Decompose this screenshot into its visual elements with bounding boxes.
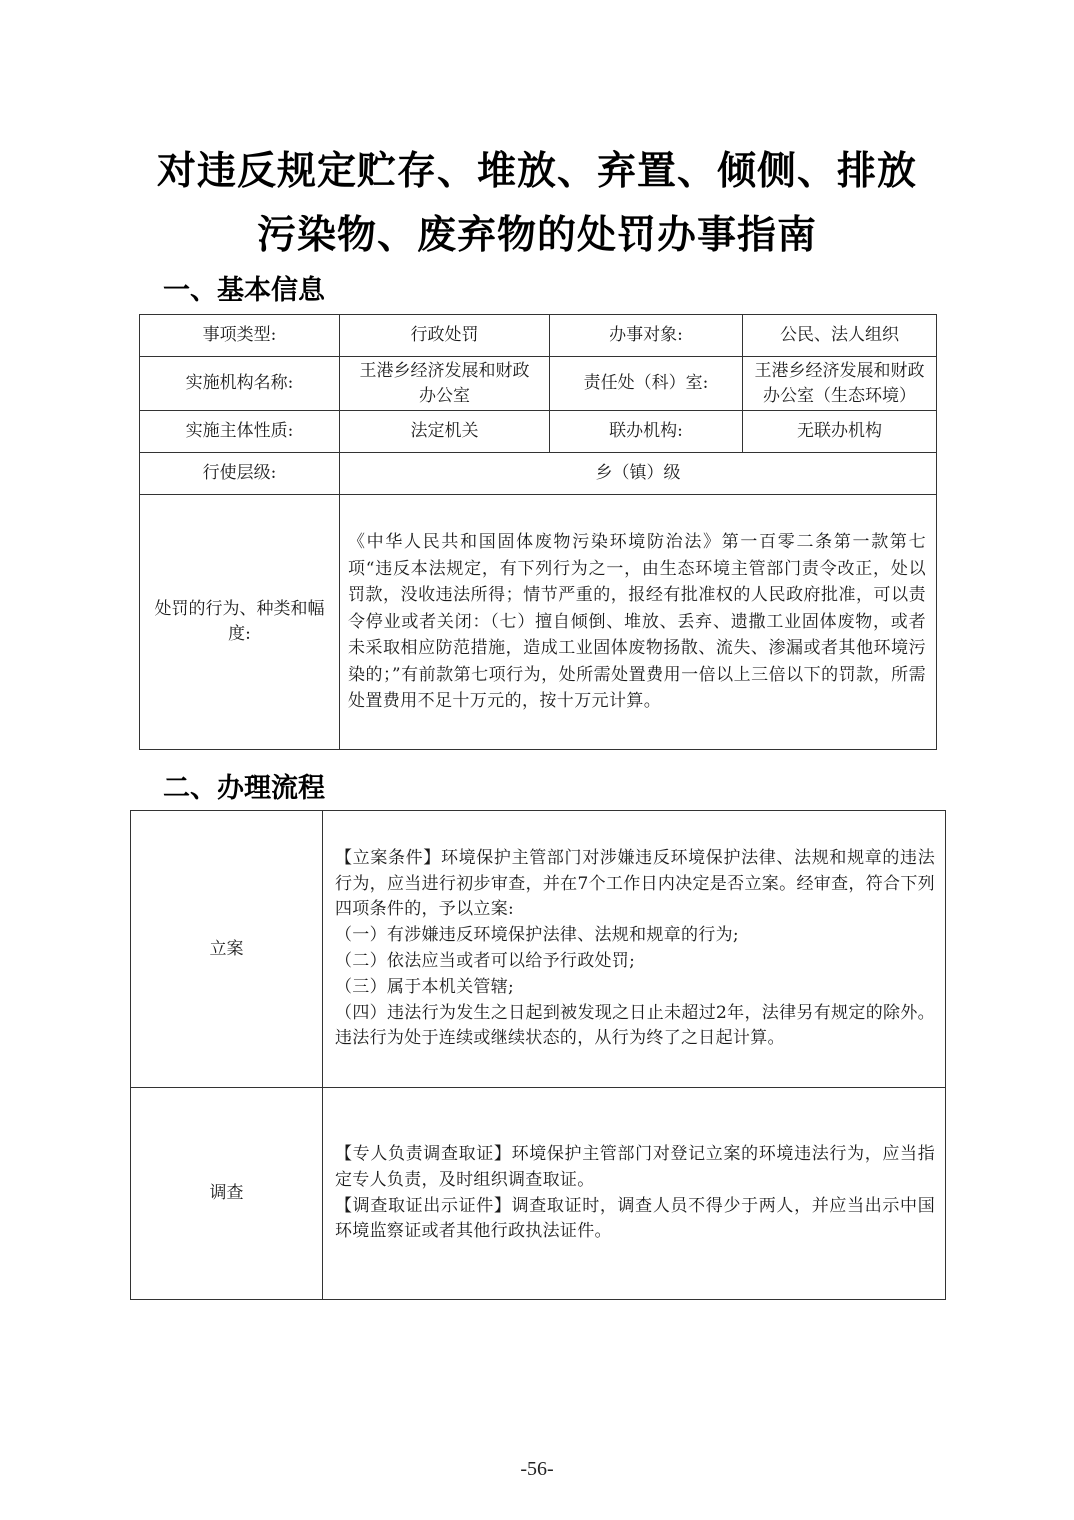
investigation-credentials-paragraph: 【调查取证出示证件】调查取证时，调查人员不得少于两人，并应当出示中国环境监察证或… [335, 1194, 935, 1246]
penalty-scope-value: 《中华人民共和国固体废物污染环境防治法》第一百零二条第一款第七项“违反本法规定，… [340, 495, 937, 750]
filing-condition-2: （二）依法应当或者可以给予行政处罚; [335, 949, 935, 975]
table-row-step-investigation: 调查 【专人负责调查取证】环境保护主管部门对登记立案的环境违法行为，应当指定专人… [131, 1088, 946, 1300]
section-heading-process: 二、办理流程 [163, 766, 325, 805]
table-row-agency: 实施机构名称: 王港乡经济发展和财政办公室 责任处（科）室: 王港乡经济发展和财… [140, 357, 937, 411]
responsible-office-value: 王港乡经济发展和财政办公室（生态环境） [743, 357, 937, 411]
investigation-assignment-paragraph: 【专人负责调查取证】环境保护主管部门对登记立案的环境违法行为，应当指定专人负责，… [335, 1142, 935, 1194]
document-title-line-1: 对违反规定贮存、堆放、弃置、倾侧、排放 [0, 140, 1074, 196]
basic-info-table: 事项类型: 行政处罚 办事对象: 公民、法人组织 实施机构名称: 王港乡经济发展… [139, 314, 937, 750]
step-content-filing: 【立案条件】环境保护主管部门对涉嫌违反环境保护法律、法规和规章的违法行为，应当进… [323, 811, 946, 1088]
section-heading-basic-info: 一、基本信息 [163, 268, 325, 307]
item-type-value: 行政处罚 [340, 315, 550, 357]
step-label-filing: 立案 [131, 811, 323, 1088]
filing-condition-3: （三）属于本机关管辖; [335, 975, 935, 1001]
service-target-value: 公民、法人组织 [743, 315, 937, 357]
exercise-level-value: 乡（镇）级 [340, 453, 937, 495]
document-title-line-2: 污染物、废弃物的处罚办事指南 [0, 204, 1074, 260]
table-row-level: 行使层级: 乡（镇）级 [140, 453, 937, 495]
step-content-investigation: 【专人负责调查取证】环境保护主管部门对登记立案的环境违法行为，应当指定专人负责，… [323, 1088, 946, 1300]
service-target-label: 办事对象: [550, 315, 743, 357]
table-row-item-type: 事项类型: 行政处罚 办事对象: 公民、法人组织 [140, 315, 937, 357]
item-type-label: 事项类型: [140, 315, 340, 357]
table-row-step-filing: 立案 【立案条件】环境保护主管部门对涉嫌违反环境保护法律、法规和规章的违法行为，… [131, 811, 946, 1088]
filing-conditions-paragraph: 【立案条件】环境保护主管部门对涉嫌违反环境保护法律、法规和规章的违法行为，应当进… [335, 846, 935, 923]
penalty-scope-label: 处罚的行为、种类和幅度: [140, 495, 340, 750]
table-row-penalty: 处罚的行为、种类和幅度: 《中华人民共和国固体废物污染环境防治法》第一百零二条第… [140, 495, 937, 750]
filing-condition-4: （四）违法行为发生之日起到被发现之日止未超过2年，法律另有规定的除外。违法行为处… [335, 1001, 935, 1053]
process-table: 立案 【立案条件】环境保护主管部门对涉嫌违反环境保护法律、法规和规章的违法行为，… [130, 810, 946, 1300]
entity-nature-value: 法定机关 [340, 411, 550, 453]
table-row-entity-nature: 实施主体性质: 法定机关 联办机构: 无联办机构 [140, 411, 937, 453]
exercise-level-label: 行使层级: [140, 453, 340, 495]
entity-nature-label: 实施主体性质: [140, 411, 340, 453]
joint-agency-value: 无联办机构 [743, 411, 937, 453]
page-number: -56- [0, 1458, 1074, 1481]
step-label-investigation: 调查 [131, 1088, 323, 1300]
agency-name-label: 实施机构名称: [140, 357, 340, 411]
filing-condition-1: （一）有涉嫌违反环境保护法律、法规和规章的行为; [335, 923, 935, 949]
joint-agency-label: 联办机构: [550, 411, 743, 453]
responsible-office-label: 责任处（科）室: [550, 357, 743, 411]
agency-name-value: 王港乡经济发展和财政办公室 [340, 357, 550, 411]
